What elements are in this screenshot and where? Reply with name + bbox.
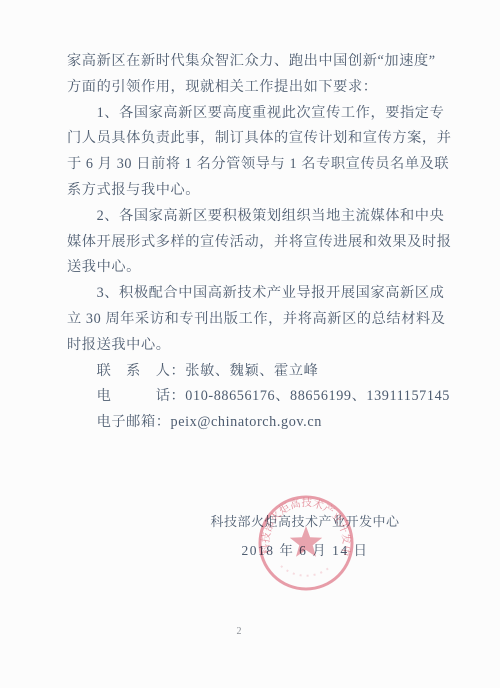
body-line: 系方式报与我中心。 <box>67 178 445 204</box>
contact-phone-line: 电 话：010-88656176、88656199、13911157145 <box>67 384 445 410</box>
body-line: 送我中心。 <box>67 255 445 281</box>
document-body: 家高新区在新时代集众智汇众力、跑出中国创新“加速度” 方面的引领作用，现就相关工… <box>67 49 445 436</box>
body-line: 1、各国家高新区要高度重视此次宣传工作，要指定专 <box>67 101 445 127</box>
body-line: 家高新区在新时代集众智汇众力、跑出中国创新“加速度” <box>67 49 445 75</box>
body-line: 媒体开展形式多样的宣传活动，并将宣传进展和效果及时报 <box>67 230 445 256</box>
body-line: 立 30 周年采访和专刊出版工作，并将高新区的总结材料及 <box>67 307 445 333</box>
contact-email-line: 电子邮箱：peix@chinatorch.gov.cn <box>67 410 445 436</box>
body-line: 方面的引领作用，现就相关工作提出如下要求： <box>67 75 445 101</box>
contact-person-line: 联 系 人：张敏、魏颖、霍立峰 <box>67 359 445 385</box>
body-line: 门人员具体负责此事，制订具体的宣传计划和宣传方案，并 <box>67 126 445 152</box>
seal-smudge <box>281 566 331 576</box>
body-line: 于 6 月 30 日前将 1 名分管领导与 1 名专职宣传员名单及联 <box>67 152 445 178</box>
body-line: 2、各国家高新区要积极策划组织当地主流媒体和中央 <box>67 204 445 230</box>
body-line: 3、积极配合中国高新技术产业导报开展国家高新区成 <box>67 281 445 307</box>
star-icon <box>290 526 322 557</box>
official-seal: 科技部火炬高技术产业开发中心 <box>251 488 361 598</box>
body-line: 时报送我中心。 <box>67 333 445 359</box>
scanned-document-page: 家高新区在新时代集众智汇众力、跑出中国创新“加速度” 方面的引领作用，现就相关工… <box>0 0 500 688</box>
page-number: 2 <box>0 626 478 637</box>
